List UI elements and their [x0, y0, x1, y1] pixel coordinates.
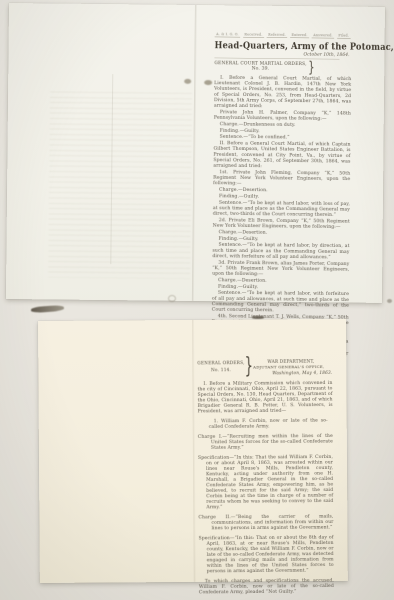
file-header-cell: Filed.: [337, 33, 351, 38]
ring-mark: [168, 295, 176, 302]
paragraph: I. Before a Military Commission which co…: [197, 380, 332, 414]
brace-glyph: }: [308, 58, 315, 76]
file-header-cell: Referred.: [267, 33, 288, 38]
paragraph: Charge I.—“Recruiting men within the lin…: [198, 433, 333, 450]
order-number: No. 114.: [197, 367, 244, 372]
brace-glyph: }: [245, 353, 253, 379]
order-heading: GENERAL ORDERS, No. 114. } WAR DEPARTMEN…: [197, 358, 332, 376]
paragraph: 1. William F. Corbin, now or late of the…: [198, 417, 333, 429]
paragraph: Specification—“In this: That the said Wi…: [198, 454, 333, 510]
file-header-cell: Entered.: [290, 33, 309, 38]
document-date: October 10th, 1864.: [214, 51, 351, 57]
date-line: Washington, May 4, 1863.: [253, 370, 332, 376]
page-showthrough-lines: [48, 91, 192, 278]
document-title: Head-Quarters, Army of the Potomac,: [215, 40, 352, 52]
paragraph: 3d. Private Frank Brown, alias James Por…: [212, 259, 349, 277]
paragraph: Private John H. Palmer, Company “K,” 148…: [214, 109, 351, 122]
order-body: I. Before a Military Commission which co…: [197, 380, 333, 595]
order-heading: GENERAL COURT MARTIAL ORDERS, No. 39. }: [214, 60, 351, 73]
order-number: No. 39.: [214, 66, 306, 72]
small-mark: [387, 299, 392, 303]
paragraph: I. Before a General Court Martial, of wh…: [214, 75, 351, 110]
paragraph: To which charges and specifications the …: [199, 577, 334, 594]
fold-line: [192, 320, 196, 582]
bottom-document-sheet: GENERAL ORDERS, No. 114. } WAR DEPARTMEN…: [38, 319, 348, 583]
order-label: GENERAL ORDERS,: [197, 360, 244, 365]
fold-line: [192, 5, 197, 301]
file-header-row: A. & I. G. O. Received. Referred. Entere…: [215, 32, 351, 38]
top-document-sheet: A. & I. G. O. Received. Referred. Entere…: [6, 3, 385, 303]
file-header-cell: Received.: [243, 32, 264, 37]
paragraph: Specification—“In this: That on or about…: [199, 534, 334, 573]
fold-stain: [184, 79, 191, 84]
paragraph: Sentence.—“To be kept at hard labor, wit…: [212, 290, 349, 314]
file-header-cell: A. & I. G. O.: [215, 32, 241, 37]
office-line: ADJUTANT GENERAL'S OFFICE,: [253, 364, 332, 369]
department-line: WAR DEPARTMENT,: [253, 358, 332, 364]
paragraph: Charge II.—“Being the carrier of mails, …: [198, 513, 333, 530]
paragraph: Sentence.—“To be kept at hard labor, wit…: [213, 199, 350, 217]
fold-stain: [204, 80, 212, 85]
file-header-cell: Answered.: [312, 33, 335, 38]
bottom-document-page: GENERAL ORDERS, No. 114. } WAR DEPARTMEN…: [197, 358, 334, 599]
pencil-smudge: [31, 305, 64, 313]
paragraph: II. Before a General Court Martial, of w…: [213, 140, 350, 169]
scanned-documents-photo: A. & I. G. O. Received. Referred. Entere…: [0, 0, 394, 600]
paragraph: 2d. Private Eli Brown, Company “K,” 50th…: [213, 217, 350, 230]
paragraph: Sentence.—“To be kept at hard labor, by …: [212, 242, 349, 260]
paragraph: 1st. Private John Fleming, Company “K,” …: [213, 169, 350, 187]
